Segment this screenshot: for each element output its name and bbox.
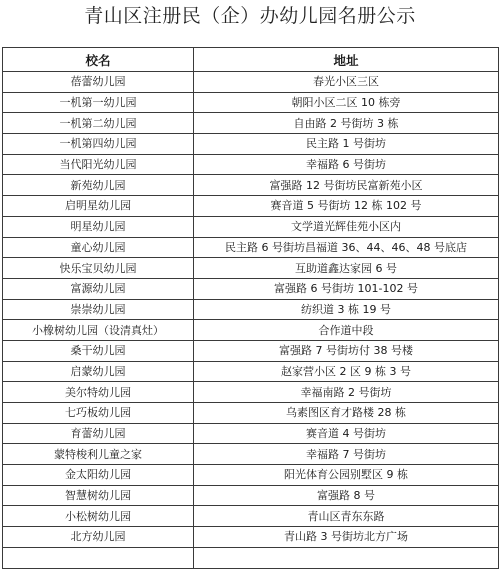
- kindergarten-address-cell: 民主路 6 号街坊昌福道 36、44、46、48 号底店: [194, 237, 499, 258]
- table-row: 一机第二幼儿园自由路 2 号街坊 3 栋: [3, 113, 499, 134]
- kindergarten-name-cell: 童心幼儿园: [3, 237, 194, 258]
- kindergarten-name-cell: 启明星幼儿园: [3, 196, 194, 217]
- kindergarten-name-cell: 一机第一幼儿园: [3, 92, 194, 113]
- table-row: 美尔特幼儿园幸福南路 2 号街坊: [3, 382, 499, 403]
- kindergarten-address-cell: 乌素图区育才路楼 28 栋: [194, 403, 499, 424]
- kindergarten-name-cell: 富源幼儿园: [3, 278, 194, 299]
- kindergarten-name-cell: 当代阳光幼儿园: [3, 154, 194, 175]
- kindergarten-name-cell: 崇崇幼儿园: [3, 299, 194, 320]
- table-row: 北方幼儿园青山路 3 号街坊北方广场: [3, 527, 499, 548]
- table-row: 蒙特梭利儿童之家幸福路 7 号街坊: [3, 444, 499, 465]
- kindergarten-address-cell: 富强路 6 号街坊 101-102 号: [194, 278, 499, 299]
- table-row: 桑干幼儿园富强路 7 号街坊付 38 号楼: [3, 340, 499, 361]
- kindergarten-name-cell: 明星幼儿园: [3, 216, 194, 237]
- kindergarten-address-cell: 赛音道 5 号街坊 12 栋 102 号: [194, 196, 499, 217]
- kindergarten-name-cell: 一机第四幼儿园: [3, 134, 194, 155]
- kindergarten-address-cell: 富强路 7 号街坊付 38 号楼: [194, 340, 499, 361]
- kindergarten-name-cell: 育蕾幼儿园: [3, 423, 194, 444]
- table-row: 七巧板幼儿园乌素图区育才路楼 28 栋: [3, 403, 499, 424]
- table-row: 金太阳幼儿园阳光体育公园别墅区 9 栋: [3, 465, 499, 486]
- kindergarten-address-cell: 青山路 3 号街坊北方广场: [194, 527, 499, 548]
- kindergarten-address-cell: 幸福路 6 号街坊: [194, 154, 499, 175]
- kindergarten-name-cell: 小松树幼儿园: [3, 506, 194, 527]
- table-row: 当代阳光幼儿园幸福路 6 号街坊: [3, 154, 499, 175]
- table-row: 快乐宝贝幼儿园互助道鑫达家园 6 号: [3, 258, 499, 279]
- table-row: 智慧树幼儿园富强路 8 号: [3, 485, 499, 506]
- column-header-name: 校名: [3, 48, 194, 72]
- table-row: 小松树幼儿园青山区青东东路: [3, 506, 499, 527]
- table-row: 明星幼儿园文学道光辉佳苑小区内: [3, 216, 499, 237]
- kindergarten-name-cell: 金太阳幼儿园: [3, 465, 194, 486]
- kindergarten-address-cell: 合作道中段: [194, 320, 499, 341]
- kindergarten-address-cell: 春光小区三区: [194, 72, 499, 93]
- kindergarten-address-cell: 富强路 12 号街坊民富新苑小区: [194, 175, 499, 196]
- kindergarten-name-cell: 七巧板幼儿园: [3, 403, 194, 424]
- kindergarten-name-cell: [3, 547, 194, 568]
- kindergarten-address-cell: 幸福路 7 号街坊: [194, 444, 499, 465]
- kindergarten-address-cell: 青山区青东东路: [194, 506, 499, 527]
- kindergarten-address-cell: [194, 547, 499, 568]
- table-body: 蓓蕾幼儿园春光小区三区一机第一幼儿园朝阳小区二区 10 栋旁一机第二幼儿园自由路…: [3, 72, 499, 569]
- kindergarten-address-cell: 赵家营小区 2 区 9 栋 3 号: [194, 361, 499, 382]
- kindergarten-name-cell: 启蒙幼儿园: [3, 361, 194, 382]
- table-row: 童心幼儿园民主路 6 号街坊昌福道 36、44、46、48 号底店: [3, 237, 499, 258]
- kindergarten-name-cell: 桑干幼儿园: [3, 340, 194, 361]
- kindergarten-name-cell: 小橡树幼儿园（设清真灶）: [3, 320, 194, 341]
- table-row: 启明星幼儿园赛音道 5 号街坊 12 栋 102 号: [3, 196, 499, 217]
- kindergarten-address-cell: 朝阳小区二区 10 栋旁: [194, 92, 499, 113]
- page-title: 青山区注册民（企）办幼儿园名册公示: [0, 3, 500, 29]
- kindergarten-name-cell: 北方幼儿园: [3, 527, 194, 548]
- table-row: 启蒙幼儿园赵家营小区 2 区 9 栋 3 号: [3, 361, 499, 382]
- table-row: 一机第四幼儿园民主路 1 号街坊: [3, 134, 499, 155]
- column-header-address: 地址: [194, 48, 499, 72]
- table-row: 一机第一幼儿园朝阳小区二区 10 栋旁: [3, 92, 499, 113]
- table-row: [3, 547, 499, 568]
- kindergarten-address-cell: 富强路 8 号: [194, 485, 499, 506]
- kindergarten-address-cell: 赛音道 4 号街坊: [194, 423, 499, 444]
- kindergarten-address-cell: 互助道鑫达家园 6 号: [194, 258, 499, 279]
- kindergarten-address-cell: 民主路 1 号街坊: [194, 134, 499, 155]
- kindergarten-address-cell: 自由路 2 号街坊 3 栋: [194, 113, 499, 134]
- table-row: 育蕾幼儿园赛音道 4 号街坊: [3, 423, 499, 444]
- kindergarten-name-cell: 智慧树幼儿园: [3, 485, 194, 506]
- kindergarten-address-cell: 文学道光辉佳苑小区内: [194, 216, 499, 237]
- table-header-row: 校名 地址: [3, 48, 499, 72]
- kindergarten-roster-table: 校名 地址 蓓蕾幼儿园春光小区三区一机第一幼儿园朝阳小区二区 10 栋旁一机第二…: [2, 47, 499, 569]
- kindergarten-name-cell: 快乐宝贝幼儿园: [3, 258, 194, 279]
- table-row: 新苑幼儿园富强路 12 号街坊民富新苑小区: [3, 175, 499, 196]
- kindergarten-address-cell: 幸福南路 2 号街坊: [194, 382, 499, 403]
- kindergarten-name-cell: 蓓蕾幼儿园: [3, 72, 194, 93]
- kindergarten-name-cell: 新苑幼儿园: [3, 175, 194, 196]
- table-row: 小橡树幼儿园（设清真灶）合作道中段: [3, 320, 499, 341]
- table-row: 富源幼儿园富强路 6 号街坊 101-102 号: [3, 278, 499, 299]
- kindergarten-name-cell: 蒙特梭利儿童之家: [3, 444, 194, 465]
- table-row: 崇崇幼儿园纺织道 3 栋 19 号: [3, 299, 499, 320]
- kindergarten-address-cell: 阳光体育公园别墅区 9 栋: [194, 465, 499, 486]
- kindergarten-name-cell: 一机第二幼儿园: [3, 113, 194, 134]
- kindergarten-name-cell: 美尔特幼儿园: [3, 382, 194, 403]
- kindergarten-address-cell: 纺织道 3 栋 19 号: [194, 299, 499, 320]
- table-row: 蓓蕾幼儿园春光小区三区: [3, 72, 499, 93]
